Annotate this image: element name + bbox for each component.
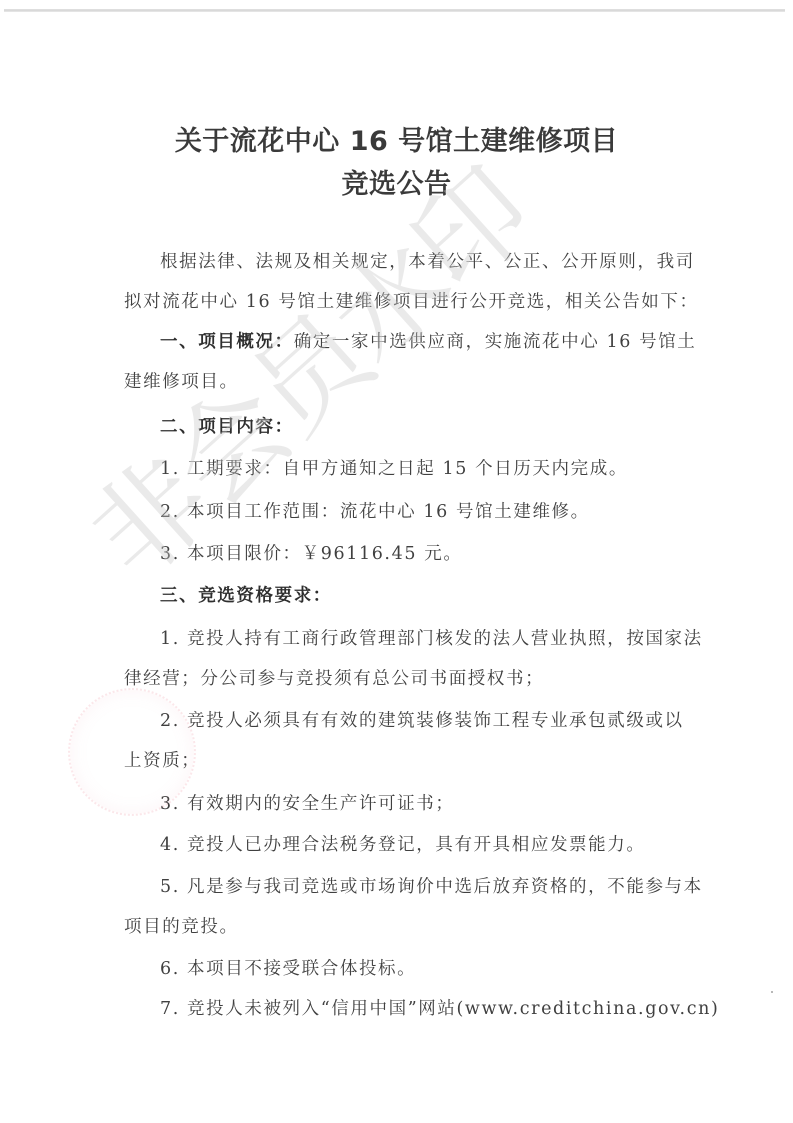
qualification-item-7: 7. 竞投人未被列入“信用中国”网站(www.creditchina.gov.c… xyxy=(160,997,719,1021)
scan-speck xyxy=(771,991,773,993)
qualification-item-1-line-1: 1. 竞投人持有工商行政管理部门核发的法人营业执照，按国家法 xyxy=(160,627,703,651)
paragraph-intro-line-1: 根据法律、法规及相关规定，本着公平、公正、公开原则，我司 xyxy=(160,250,695,274)
scan-edge-line xyxy=(4,9,785,12)
qualification-item-6: 6. 本项目不接受联合体投标。 xyxy=(160,957,416,981)
content-item-1: 1. 工期要求：自甲方通知之日起 15 个日历天内完成。 xyxy=(160,457,628,481)
section-overview-text: 确定一家中选供应商，实施流花中心 16 号馆土 xyxy=(294,332,697,352)
document-title-line-2: 竞选公告 xyxy=(0,162,793,201)
qualification-item-5-line-1: 5. 凡是参与我司竞选或市场询价中选后放弃资格的，不能参与本 xyxy=(160,875,703,899)
section-heading-content: 二、项目内容： xyxy=(160,415,294,439)
content-item-2: 2. 本项目工作范围：流花中心 16 号馆土建维修。 xyxy=(160,500,590,524)
section-overview-line-1: 一、项目概况：确定一家中选供应商，实施流花中心 16 号馆土 xyxy=(160,330,696,354)
qualification-item-2-line-2: 上资质； xyxy=(124,749,200,773)
qualification-item-2-line-1: 2. 竞投人必须具有有效的建筑装修装饰工程专业承包贰级或以 xyxy=(160,709,684,733)
qualification-item-5-line-2: 项目的竞投。 xyxy=(124,915,239,939)
section-heading-qualifications: 三、竞选资格要求： xyxy=(160,584,332,608)
qualification-item-3: 3. 有效期内的安全生产许可证书； xyxy=(160,792,454,816)
paragraph-intro-line-2: 拟对流花中心 16 号馆土建维修项目进行公开竞选，相关公告如下： xyxy=(124,290,699,314)
document-page: 关于流花中心 16 号馆土建维修项目 竞选公告 根据法律、法规及相关规定，本着公… xyxy=(0,0,793,1123)
document-title-line-1: 关于流花中心 16 号馆土建维修项目 xyxy=(0,119,793,158)
section-heading-overview: 一、项目概况： xyxy=(160,332,294,352)
content-item-3-price: 3. 本项目限价：￥96116.45 元。 xyxy=(160,542,462,566)
section-overview-line-2: 建维修项目。 xyxy=(124,370,239,394)
qualification-item-1-line-2: 律经营；分公司参与竞投须有总公司书面授权书； xyxy=(124,667,544,691)
qualification-item-4: 4. 竞投人已办理合法税务登记，具有开具相应发票能力。 xyxy=(160,833,645,857)
